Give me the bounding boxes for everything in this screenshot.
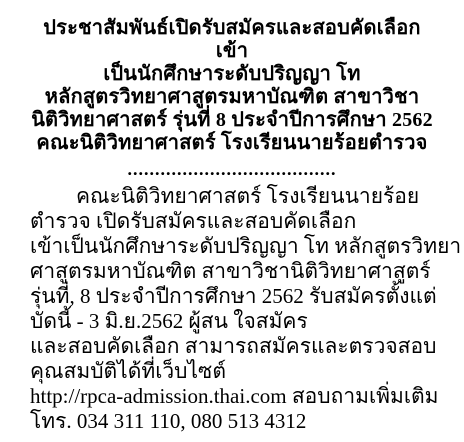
body-line-2: ตำรวจ เปิดรับสมัครและสอบคัดเลือก bbox=[30, 209, 432, 234]
body-line-1: คณะนิติวิทยาศาสตร์ โรงเรียนนายร้อย bbox=[30, 184, 432, 209]
title-line-4: นิติวิทยาศาสตร์ รุ่นที่ 8 ประจำปีการศึกษ… bbox=[30, 109, 434, 132]
body-line-3: เข้าเป็นนักศึกษาระดับปริญญา โท หลักสูตรว… bbox=[30, 234, 432, 259]
body-line-7: และสอบคัดเลือก สามารถสมัครและตรวจสอบ bbox=[30, 334, 432, 359]
body-line-website-url: http://rpca-admission.thai.com สอบถามเพิ… bbox=[30, 384, 432, 409]
announcement-title: ประชาสัมพันธ์เปิดรับสมัครและสอบคัดเลือกเ… bbox=[0, 17, 464, 155]
title-line-5: คณะนิติวิทยาศาสตร์ โรงเรียนนายร้อยตำรวจ bbox=[30, 132, 434, 155]
body-line-8: คุณสมบัติได้ที่เว็บไซต์ bbox=[30, 359, 432, 384]
body-line-5: รุ่นที่, 8 ประจำปีการศึกษา 2562 รับสมัคร… bbox=[30, 284, 432, 309]
body-line-4: ศาสูตรมหาบัณฑิต สาขาวิชานิติวิทยาศาสูตร์ bbox=[30, 259, 432, 284]
title-line-2: เป็นนักศึกษาระดับปริญญา โท bbox=[30, 63, 434, 86]
title-line-1: ประชาสัมพันธ์เปิดรับสมัครและสอบคัดเลือกเ… bbox=[30, 17, 434, 63]
title-line-3: หลักสูตรวิทยาศาสูตรมหาบัณฑิต สาขาวิชา bbox=[30, 86, 434, 109]
announcement-body: คณะนิติวิทยาศาสตร์ โรงเรียนนายร้อย ตำรวจ… bbox=[30, 184, 432, 434]
announcement-document: ประชาสัมพันธ์เปิดรับสมัครและสอบคัดเลือกเ… bbox=[0, 0, 464, 442]
body-line-6: บัดนี้ - 3 มิ.ย.2562 ผู้สน ใจสมัคร bbox=[30, 309, 432, 334]
body-line-phone: โทร. 034 311 110, 080 513 4312 bbox=[30, 409, 432, 434]
separator-dots: ...................................... bbox=[0, 162, 464, 176]
